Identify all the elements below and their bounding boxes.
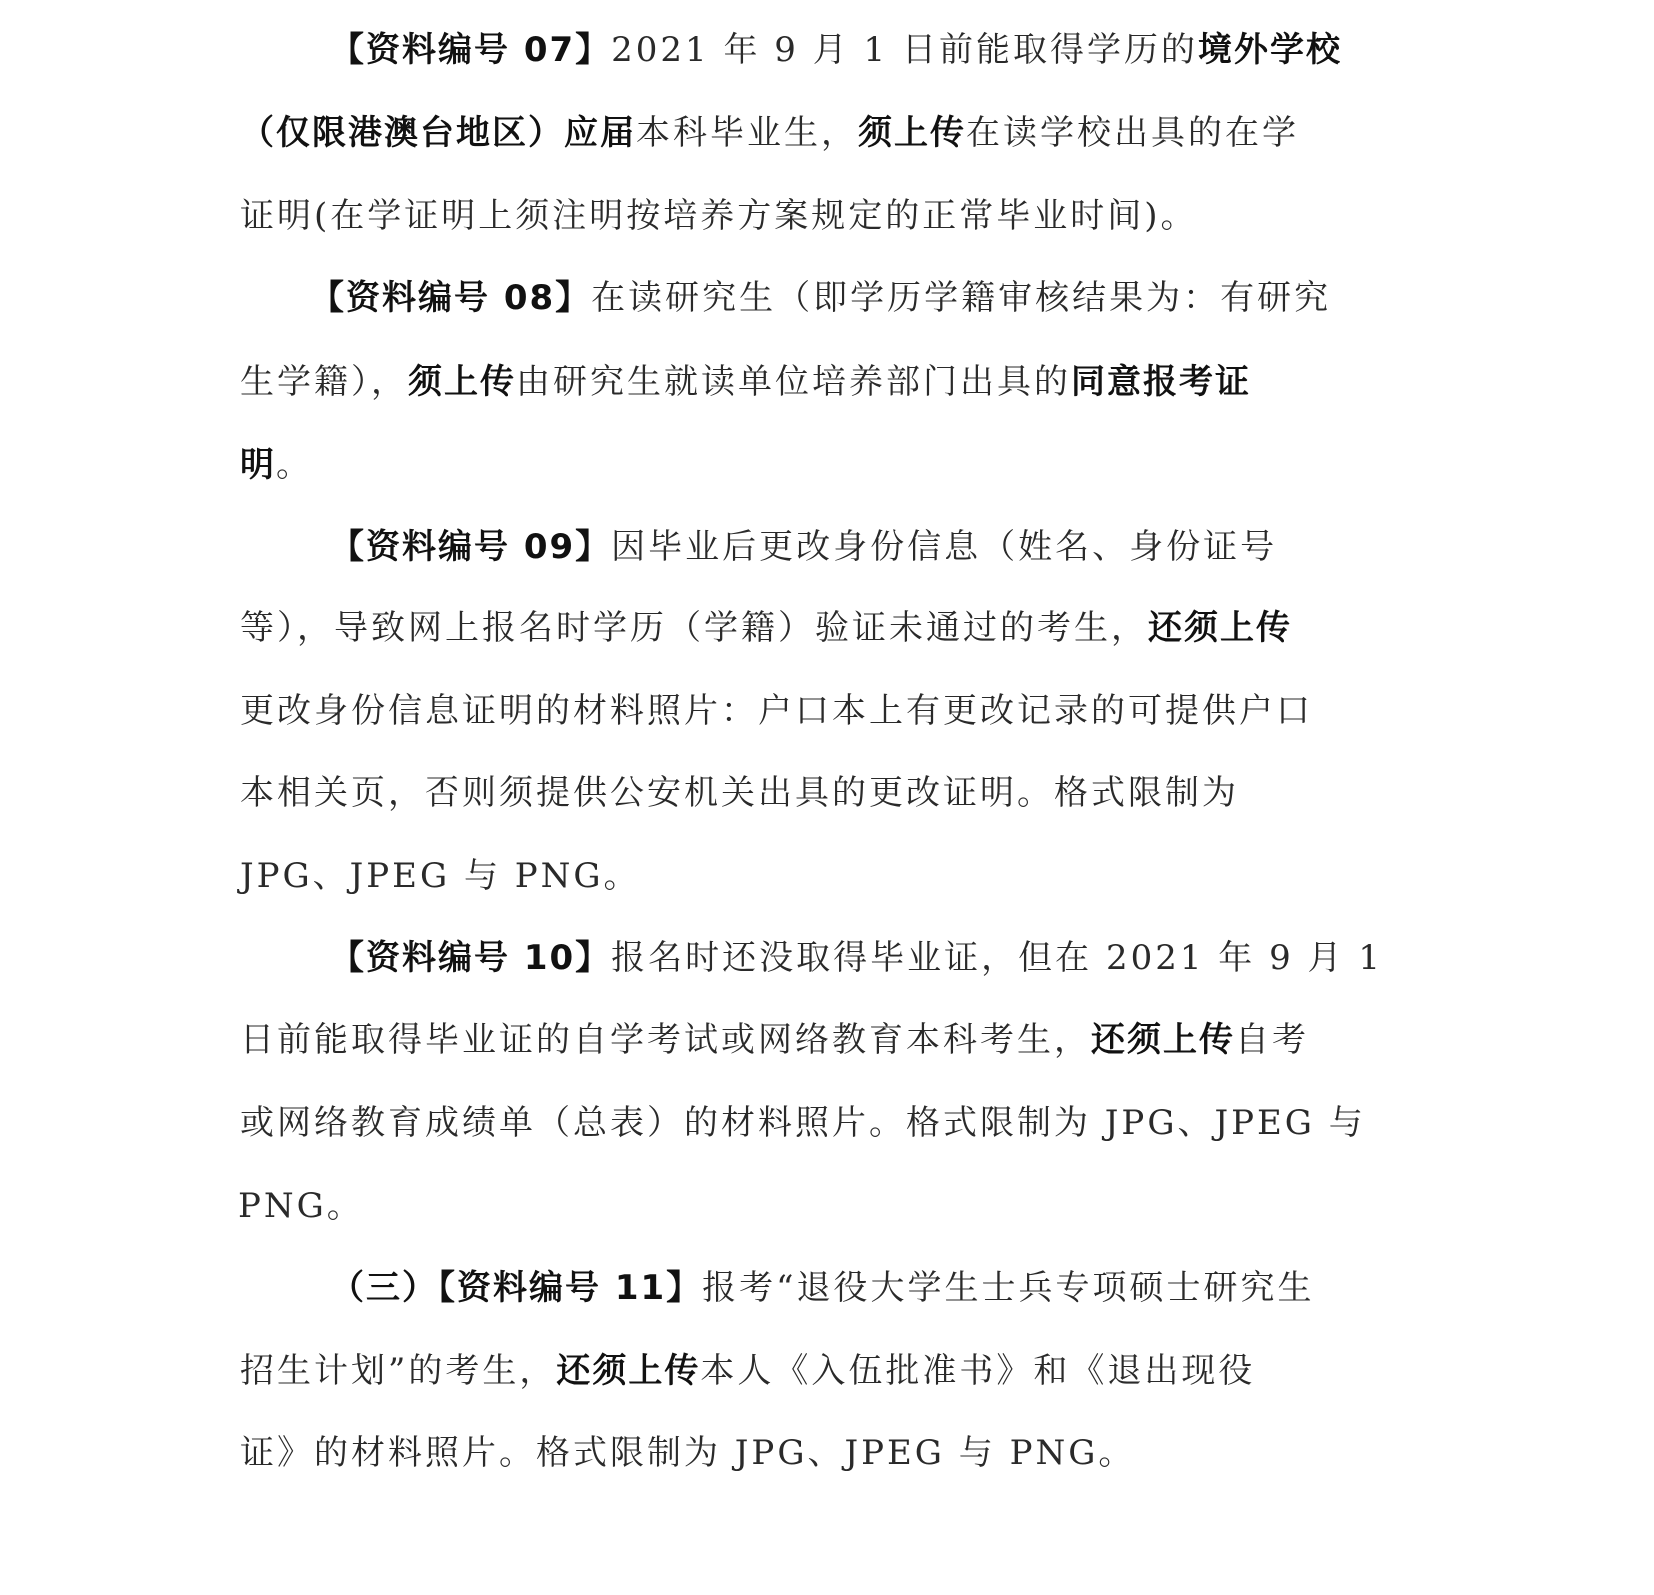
text-line: 【资料编号 10】报名时还没取得毕业证，但在 2021 年 9 月 1 <box>330 938 1383 978</box>
text-segment: 更改身份信息证明的材料照片：户口本上有更改记录的可提供户口 <box>240 691 1313 731</box>
bold-text-segment: 须上传 <box>408 362 516 402</box>
bold-text-segment: 还须上传 <box>1091 1020 1235 1060</box>
text-segment: 因毕业后更改身份信息（姓名、身份证号 <box>611 527 1277 567</box>
bold-text-segment: 【资料编号 09】 <box>330 527 611 567</box>
text-line: 明。 <box>240 445 313 485</box>
text-line: 【资料编号 09】因毕业后更改身份信息（姓名、身份证号 <box>330 527 1277 567</box>
text-segment: 。 <box>276 445 313 485</box>
bold-text-segment: 同意报考证 <box>1071 362 1251 402</box>
text-segment: 日前能取得毕业证的自学考试或网络教育本科考生， <box>240 1020 1091 1060</box>
text-line: 【资料编号 07】2021 年 9 月 1 日前能取得学历的境外学校 <box>330 30 1342 70</box>
bold-text-segment: 须上传 <box>858 113 966 153</box>
text-segment: PNG。 <box>238 1186 364 1226</box>
document-page: 【资料编号 07】2021 年 9 月 1 日前能取得学历的境外学校（仅限港澳台… <box>0 0 1654 1595</box>
bold-text-segment: 【资料编号 07】 <box>330 30 611 70</box>
text-line: JPG、JPEG 与 PNG。 <box>240 856 641 896</box>
text-line: 日前能取得毕业证的自学考试或网络教育本科考生，还须上传自考 <box>240 1020 1309 1060</box>
text-line: （三）【资料编号 11】报考“退役大学生士兵专项硕士研究生 <box>330 1268 1315 1308</box>
text-segment: 自考 <box>1235 1020 1309 1060</box>
text-line: 等），导致网上报名时学历（学籍）验证未通过的考生，还须上传 <box>240 608 1292 648</box>
bold-text-segment: 还须上传 <box>1148 608 1292 648</box>
text-segment: 生学籍）， <box>240 362 408 402</box>
text-segment: 2021 年 9 月 1 日前能取得学历的 <box>611 30 1198 70</box>
text-segment: JPG、JPEG 与 PNG。 <box>240 856 641 896</box>
bold-text-segment: 【资料编号 10】 <box>330 938 611 978</box>
text-line: 或网络教育成绩单（总表）的材料照片。格式限制为 JPG、JPEG 与 <box>240 1103 1366 1143</box>
text-segment: 本人《入伍批准书》和《退出现役 <box>700 1351 1255 1391</box>
text-line: 招生计划”的考生，还须上传本人《入伍批准书》和《退出现役 <box>240 1351 1255 1391</box>
text-segment: 在读研究生（即学历学籍审核结果为：有研究 <box>591 278 1331 318</box>
text-line: PNG。 <box>238 1186 364 1226</box>
bold-text-segment: （仅限港澳台地区）应届 <box>240 113 636 153</box>
text-segment: 由研究生就读单位培养部门出具的 <box>516 362 1071 402</box>
bold-text-segment: 【资料编号 08】 <box>310 278 591 318</box>
text-line: 更改身份信息证明的材料照片：户口本上有更改记录的可提供户口 <box>240 691 1313 731</box>
text-line: 本相关页，否则须提供公安机关出具的更改证明。格式限制为 <box>240 773 1239 813</box>
text-segment: 本科毕业生， <box>636 113 858 153</box>
bold-text-segment: 还须上传 <box>556 1351 700 1391</box>
bold-text-segment: 境外学校 <box>1198 30 1342 70</box>
text-segment: 报考“退役大学生士兵专项硕士研究生 <box>702 1268 1314 1308</box>
text-segment: 报名时还没取得毕业证，但在 2021 年 9 月 1 <box>611 938 1383 978</box>
bold-text-segment: 明 <box>240 445 276 485</box>
text-segment: 或网络教育成绩单（总表）的材料照片。格式限制为 JPG、JPEG 与 <box>240 1103 1366 1143</box>
text-segment: 在读学校出具的在学 <box>966 113 1299 153</box>
text-line: 【资料编号 08】在读研究生（即学历学籍审核结果为：有研究 <box>310 278 1331 318</box>
text-line: 证》的材料照片。格式限制为 JPG、JPEG 与 PNG。 <box>240 1433 1135 1473</box>
text-segment: 证明(在学证明上须注明按培养方案规定的正常毕业时间)。 <box>240 196 1198 236</box>
text-line: （仅限港澳台地区）应届本科毕业生，须上传在读学校出具的在学 <box>240 113 1299 153</box>
text-segment: 证》的材料照片。格式限制为 JPG、JPEG 与 PNG。 <box>240 1433 1135 1473</box>
bold-text-segment: （三）【资料编号 11】 <box>330 1268 702 1308</box>
text-line: 证明(在学证明上须注明按培养方案规定的正常毕业时间)。 <box>240 196 1198 236</box>
text-line: 生学籍），须上传由研究生就读单位培养部门出具的同意报考证 <box>240 362 1251 402</box>
text-segment: 本相关页，否则须提供公安机关出具的更改证明。格式限制为 <box>240 773 1239 813</box>
text-segment: 招生计划”的考生， <box>240 1351 556 1391</box>
text-segment: 等），导致网上报名时学历（学籍）验证未通过的考生， <box>240 608 1148 648</box>
